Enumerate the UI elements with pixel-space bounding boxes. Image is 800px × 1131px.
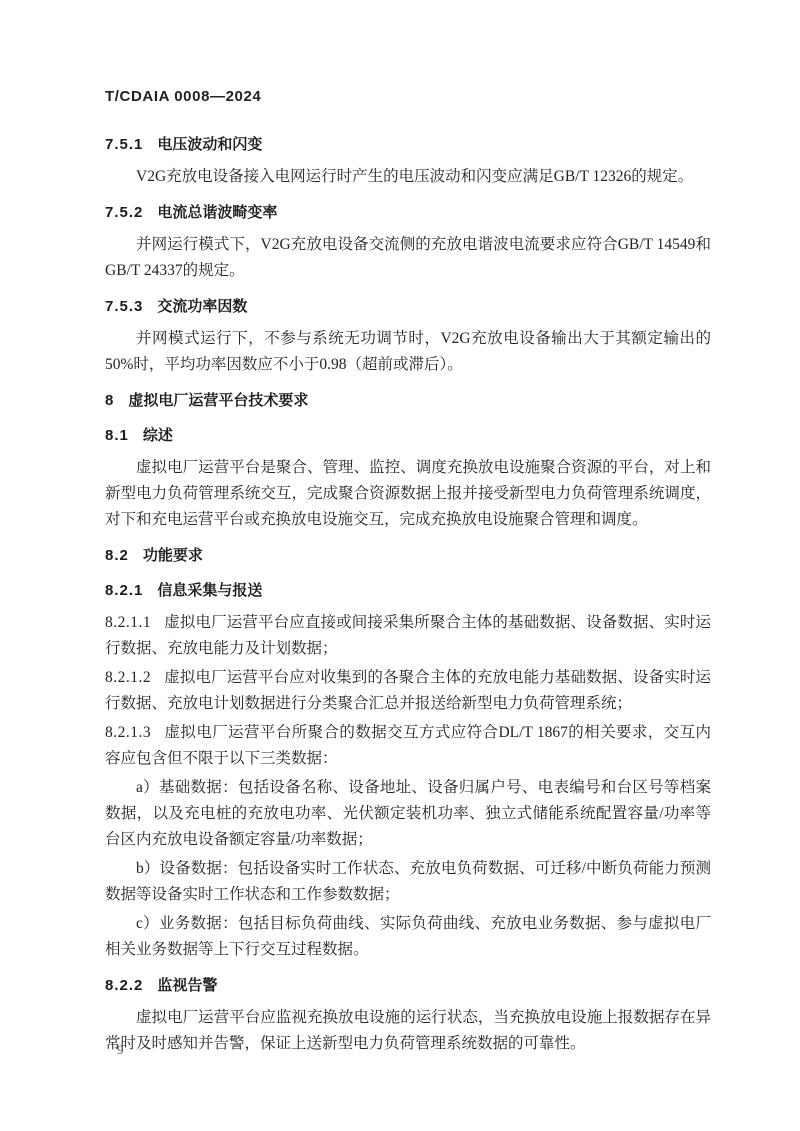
section-heading-8-1: 8.1综述 xyxy=(105,424,711,448)
paragraph: 并网模式运行下，不参与系统无功调节时，V2G充放电设备输出大于其额定输出的50%… xyxy=(105,326,711,378)
heading-number: 8.1 xyxy=(105,427,129,444)
list-item-c: c）业务数据：包括目标负荷曲线、实际负荷曲线、充放电业务数据、参与虚拟电厂相关业… xyxy=(105,911,711,963)
heading-number: 7.5.2 xyxy=(105,204,143,221)
standard-number-header: T/CDAIA 0008—2024 xyxy=(105,88,711,105)
heading-title: 交流功率因数 xyxy=(157,298,247,315)
heading-title: 功能要求 xyxy=(143,547,203,564)
clause-8-2-1-1: 8.2.1.1虚拟电厂运营平台应直接或间接采集所聚合主体的基础数据、设备数据、实… xyxy=(105,610,711,662)
section-heading-7-5-3: 7.5.3交流功率因数 xyxy=(105,295,711,319)
clause-text: 虚拟电厂运营平台应对收集到的各聚合主体的充放电能力基础数据、设备实时运行数据、充… xyxy=(105,669,711,712)
page-number: 9 xyxy=(117,1042,124,1058)
paragraph: V2G充放电设备接入电网运行时产生的电压波动和闪变应满足GB/T 12326的规… xyxy=(105,164,711,190)
clause-number: 8.2.1.3 xyxy=(105,724,151,741)
paragraph: 虚拟电厂运营平台是聚合、管理、监控、调度充换放电设施聚合资源的平台，对上和新型电… xyxy=(105,455,711,533)
clause-8-2-1-2: 8.2.1.2虚拟电厂运营平台应对收集到的各聚合主体的充放电能力基础数据、设备实… xyxy=(105,665,711,717)
heading-number: 8 xyxy=(105,392,114,409)
chapter-heading-8: 8虚拟电厂运营平台技术要求 xyxy=(105,389,711,413)
heading-title: 虚拟电厂运营平台技术要求 xyxy=(128,392,308,409)
clause-8-2-1-3: 8.2.1.3虚拟电厂运营平台所聚合的数据交互方式应符合DL/T 1867的相关… xyxy=(105,720,711,772)
heading-title: 电压波动和闪变 xyxy=(157,136,262,153)
heading-title: 综述 xyxy=(143,427,173,444)
heading-number: 7.5.3 xyxy=(105,298,143,315)
document-content: T/CDAIA 0008—2024 7.5.1电压波动和闪变 V2G充放电设备接… xyxy=(105,88,711,1060)
section-heading-8-2-2: 8.2.2监视告警 xyxy=(105,974,711,998)
section-heading-7-5-1: 7.5.1电压波动和闪变 xyxy=(105,133,711,157)
heading-number: 8.2.1 xyxy=(105,582,143,599)
heading-title: 监视告警 xyxy=(157,977,217,994)
document-page: T/CDAIA 0008—2024 7.5.1电压波动和闪变 V2G充放电设备接… xyxy=(0,0,800,1131)
list-item-b: b）设备数据：包括设备实时工作状态、充放电负荷数据、可迁移/中断负荷能力预测数据… xyxy=(105,856,711,908)
list-item-a: a）基础数据：包括设备名称、设备地址、设备归属户号、电表编号和台区号等档案数据，… xyxy=(105,775,711,853)
section-heading-7-5-2: 7.5.2电流总谐波畸变率 xyxy=(105,201,711,225)
clause-number: 8.2.1.1 xyxy=(105,614,151,631)
heading-title: 电流总谐波畸变率 xyxy=(157,204,277,221)
section-heading-8-2-1: 8.2.1信息采集与报送 xyxy=(105,579,711,603)
heading-title: 信息采集与报送 xyxy=(157,582,262,599)
paragraph: 并网运行模式下，V2G充放电设备交流侧的充放电谐波电流要求应符合GB/T 145… xyxy=(105,232,711,284)
paragraph: 虚拟电厂运营平台应监视充换放电设施的运行状态，当充换放电设施上报数据存在异常时及… xyxy=(105,1005,711,1057)
section-heading-8-2: 8.2功能要求 xyxy=(105,544,711,568)
heading-number: 8.2.2 xyxy=(105,977,143,994)
heading-number: 7.5.1 xyxy=(105,136,143,153)
clause-number: 8.2.1.2 xyxy=(105,669,151,686)
heading-number: 8.2 xyxy=(105,547,129,564)
clause-text: 虚拟电厂运营平台应直接或间接采集所聚合主体的基础数据、设备数据、实时运行数据、充… xyxy=(105,614,711,657)
clause-text: 虚拟电厂运营平台所聚合的数据交互方式应符合DL/T 1867的相关要求，交互内容… xyxy=(105,724,711,767)
